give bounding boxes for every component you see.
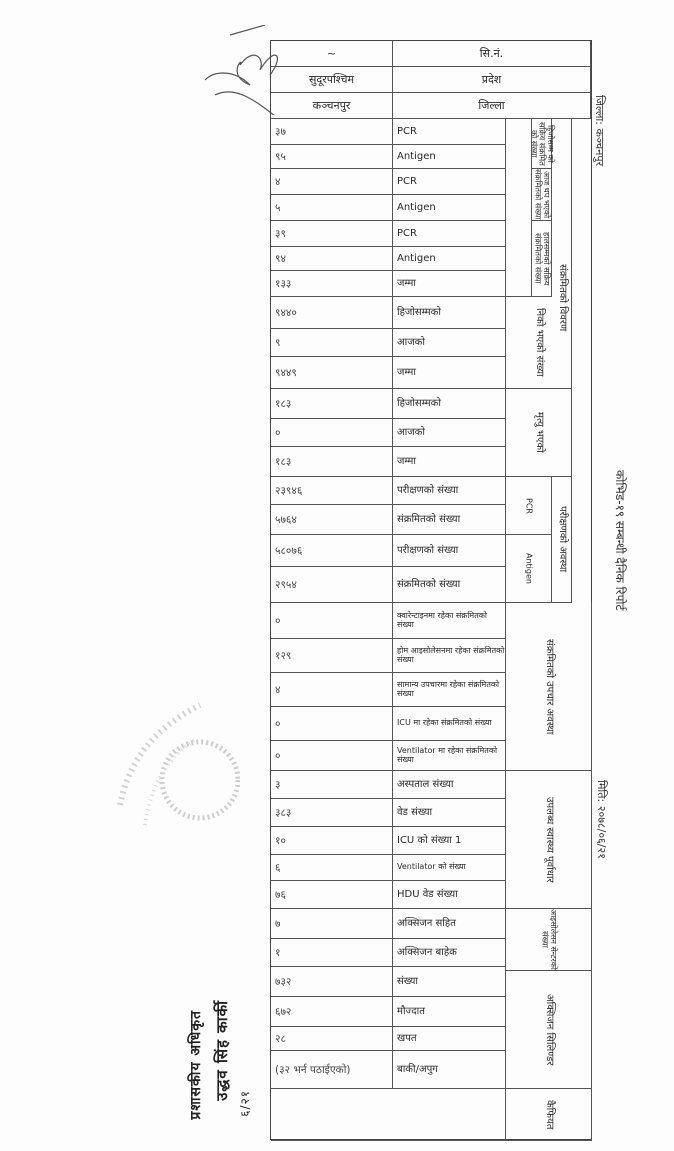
row-value: २९५४ xyxy=(271,567,393,603)
row-label: Antigen xyxy=(393,247,506,271)
header-label: जिल्ला xyxy=(393,93,591,119)
group-active-yesterday: हिजोसम्म को सक्रिय संक्रमित को संख्या xyxy=(532,119,552,169)
group-infected-details: संक्रमितको विवरण xyxy=(552,119,572,477)
group-pcr: PCR xyxy=(506,477,552,535)
group-isolation-centers: आइसोलेसन सेन्टरको संख्या xyxy=(506,909,592,971)
row-value: ७६ xyxy=(271,881,393,909)
header-value: ~ xyxy=(271,41,393,67)
group-health-infra: उपलब्ध स्वास्थ्य पूर्वाधार xyxy=(506,771,592,909)
row-value: ७ xyxy=(271,909,393,939)
header-value: कञ्चनपुर xyxy=(271,93,393,119)
row-value: ९४४९ xyxy=(271,357,393,389)
row-value: ३७ xyxy=(271,119,393,145)
report-date: मिति: २०७८/०६/२१ xyxy=(594,780,609,859)
row-value: ० xyxy=(271,741,393,771)
row-value: (३२ भर्न पठाईएको) xyxy=(271,1051,393,1089)
row-value: ३८३ xyxy=(271,799,393,827)
header-label: सि.नं. xyxy=(393,41,591,67)
row-label: सामान्य उपचारमा रहेका संक्रमितको संख्या xyxy=(393,673,506,707)
district-side-label: जिल्ला: कञ्चनपुर xyxy=(592,95,607,166)
row-label: संख्या xyxy=(393,967,506,997)
row-value: ९५ xyxy=(271,145,393,169)
row-label: मौज्दात xyxy=(393,997,506,1027)
row-label: PCR xyxy=(393,169,506,195)
row-label: Ventilator मा रहेका संक्रमितको संख्या xyxy=(393,741,506,771)
office-stamp xyxy=(100,695,240,845)
row-label: खपत xyxy=(393,1027,506,1051)
row-value: ९४ xyxy=(271,247,393,271)
signature-name: उद्धव सिंह कार्की xyxy=(212,1000,232,1101)
row-label: आजको xyxy=(393,329,506,357)
row-value: ० xyxy=(271,603,393,639)
row-value: १८३ xyxy=(271,389,393,419)
signature-title: प्रशासकीय अधिकृत xyxy=(186,1010,205,1120)
row-label: परीक्षणको संख्या xyxy=(393,477,506,505)
row-label: जम्मा xyxy=(393,271,506,297)
row-label: जम्मा xyxy=(393,357,506,389)
row-label: संक्रमितको संख्या xyxy=(393,567,506,603)
row-value: २३९४६ xyxy=(271,477,393,505)
row-label: आजको xyxy=(393,419,506,447)
remarks-value xyxy=(271,1089,506,1141)
row-label: PCR xyxy=(393,119,506,145)
row-value: ३९ xyxy=(271,221,393,247)
row-label: Antigen xyxy=(393,145,506,169)
row-value: ५७६४ xyxy=(271,505,393,535)
row-label: ICU मा रहेका संक्रमितको संख्या xyxy=(393,707,506,741)
row-value: ४ xyxy=(271,673,393,707)
row-value: ५८०७६ xyxy=(271,535,393,567)
row-label: बाकी/अपुग xyxy=(393,1051,506,1089)
row-label: संक्रमितको संख्या xyxy=(393,505,506,535)
row-value: २८ xyxy=(271,1027,393,1051)
group-currently-active: हालसम्मको सक्रिय संक्रमितको संख्या xyxy=(532,221,552,297)
row-label: Antigen xyxy=(393,195,506,221)
row-value: ६ xyxy=(271,855,393,881)
row-value: ५ xyxy=(271,195,393,221)
row-label: होम आइसोलेसनमा रहेका संक्रमितको संख्या xyxy=(393,639,506,673)
spacer xyxy=(506,119,532,297)
row-value: ० xyxy=(271,419,393,447)
row-label: PCR xyxy=(393,221,506,247)
row-label: अक्सिजन बाहेक xyxy=(393,939,506,967)
row-value: १२९ xyxy=(271,639,393,673)
row-label: अस्पताल संख्या xyxy=(393,771,506,799)
row-label: हिजोसम्मको xyxy=(393,297,506,329)
header-value: सुदूरपश्चिम xyxy=(271,67,393,93)
row-label: Ventilator को संख्या xyxy=(393,855,506,881)
row-label: ICU को संख्या 1 xyxy=(393,827,506,855)
row-label: परीक्षणको संख्या xyxy=(393,535,506,567)
row-label: क्वारेन्टाइनमा रहेका संक्रमितको संख्या xyxy=(393,603,506,639)
row-value: १३३ xyxy=(271,271,393,297)
row-value: ९ xyxy=(271,329,393,357)
signature-date: ६/२१ xyxy=(236,1090,253,1117)
row-label: हिजोसम्मको xyxy=(393,389,506,419)
group-treatment-status: संक्रमितको उपचार अवस्था xyxy=(506,603,592,771)
covid-daily-report-table: ~सि.नं.सुदूरपश्चिमप्रदेशकञ्चनपुरजिल्ला३७… xyxy=(270,40,592,1140)
row-label: अक्सिजन सहित xyxy=(393,909,506,939)
report-title: कोभिड-१९ सम्बन्धी दैनिक रिपोर्ट xyxy=(612,470,629,611)
group-remarks: कैफियत xyxy=(506,1089,592,1141)
row-label: जम्मा xyxy=(393,447,506,477)
group-testing-status: परीक्षणको अवस्था xyxy=(552,477,572,603)
header-label: प्रदेश xyxy=(393,67,591,93)
group-oxygen-cylinders: अक्सिजन सिलिण्डर xyxy=(506,971,592,1089)
row-value: १८३ xyxy=(271,447,393,477)
row-value: १० xyxy=(271,827,393,855)
row-value: १ xyxy=(271,939,393,967)
row-value: ९४४० xyxy=(271,297,393,329)
row-label: HDU वेड संख्या xyxy=(393,881,506,909)
group-new-today: आज थप भएको संक्रमितको संख्या xyxy=(532,169,552,221)
row-value: ० xyxy=(271,707,393,741)
row-value: ७३२ xyxy=(271,967,393,997)
row-label: वेड संख्या xyxy=(393,799,506,827)
row-value: ६७२ xyxy=(271,997,393,1027)
group-antigen: Antigen xyxy=(506,535,552,603)
row-value: ४ xyxy=(271,169,393,195)
row-value: ३ xyxy=(271,771,393,799)
